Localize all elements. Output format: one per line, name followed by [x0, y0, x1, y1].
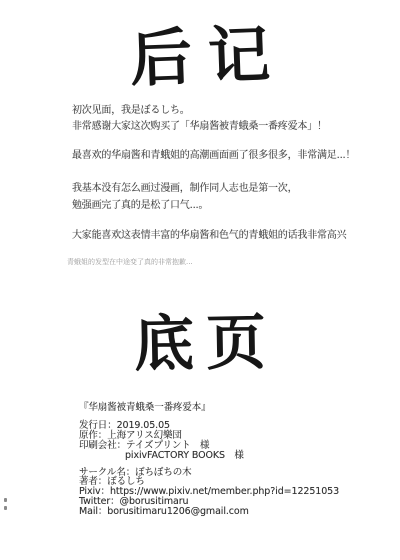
colophon-title: 底页	[0, 311, 400, 378]
afterword-line-relief: 勉强画完了真的是松了口气...。	[72, 196, 208, 211]
afterword-line-greeting: 初次见面，我是ぼるしち。	[72, 101, 190, 116]
afterword-line-thanks: 非常感谢大家这次购买了「华扇酱被青蛾桑一番疼爱本」！	[72, 117, 327, 132]
afterword-line-satisfaction: 最喜欢的华扇酱和青蛾姐的高潮画面画了很多很多，非常满足...！	[72, 146, 355, 161]
afterword-line-first-doujin: 我基本没有怎么画过漫画，制作同人志也是第一次，	[72, 179, 297, 194]
mail-address: Mail：borusitimaru1206@gmail.com	[79, 503, 249, 517]
scan-artifact	[4, 506, 7, 510]
scan-artifact	[4, 498, 7, 502]
printer-credit-2: pixivFACTORY BOOKS 様	[125, 447, 244, 461]
afterword-title: 后记	[0, 19, 400, 95]
afterword-line-hope: 大家能喜欢这表情丰富的华扇酱和色气的青蛾姐的话我非常高兴	[72, 226, 346, 241]
book-title: 『华扇酱被青蛾桑一番疼爱本』	[79, 399, 211, 413]
afterword-page: 后记 初次见面，我是ぼるしち。 非常感谢大家这次购买了「华扇酱被青蛾桑一番疼爱本…	[0, 0, 400, 560]
afterword-apology-note: 青蛾姐的发型在中途变了真的非常抱歉...	[67, 257, 193, 267]
